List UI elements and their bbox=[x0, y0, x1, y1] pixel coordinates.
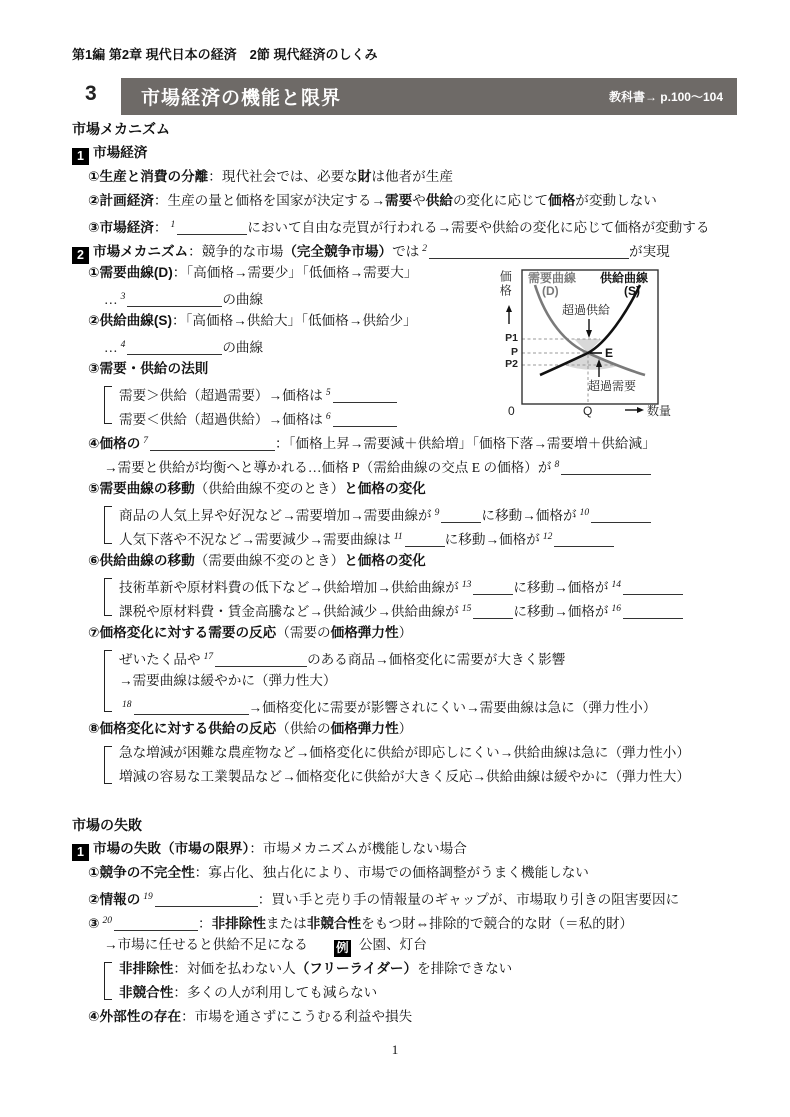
line-inelastic-demand: 18→価格変化に需要が影響されにくい→需要曲線は急に（弾力性小） bbox=[119, 693, 656, 717]
figure-x-axis-label: 数量 bbox=[647, 405, 671, 418]
line-market-economy: ③市場経済：1において自由な売買が行われる→需要や供給の変化に応じて価格が変動す… bbox=[72, 213, 752, 237]
figure-q-label: Q bbox=[583, 405, 592, 418]
line-non-rivalry: 非競合性：多くの人が利用しても減らない bbox=[119, 981, 512, 1005]
line-excess-demand: 需要＞供給（超過需要）→価格は5 bbox=[119, 381, 397, 405]
line-supply-shift: ⑥供給曲線の移動（需要曲線不変のとき）と価格の変化 bbox=[72, 549, 752, 573]
line-supply-increase: 技術革新や原材料費の低下など→供給増加→供給曲線が13に移動→価格が14 bbox=[119, 573, 683, 597]
page-number: 1 bbox=[0, 1042, 790, 1058]
line-information: ②情報の19：買い手と売り手の情報量のギャップが、市場取り引きの阻害要因に bbox=[72, 885, 752, 909]
line-price-function: ④価格の7：「価格上昇→需要減＋供給増」「価格下落→需要増＋供給減」 bbox=[72, 429, 752, 453]
line-public-goods: ③20：非排除性または非競合性をもつ財⇔排除的で競合的な財（＝私的財） bbox=[72, 909, 752, 933]
demand-elasticity-bracket-group: ぜいたく品や17のある商品→価格変化に需要が大きく影響 →需要曲線は緩やかに（弾… bbox=[104, 645, 752, 717]
figure-p1-label: P1 bbox=[490, 333, 518, 345]
section-heading-market-mechanism: 市場メカニズム bbox=[72, 117, 752, 141]
bracket-icon bbox=[104, 386, 112, 424]
line-demand-elasticity: ⑦価格変化に対する需要の反応（需要の価格弾力性） bbox=[72, 621, 752, 645]
supply-demand-diagram: 価格 需要曲線 (D) 供給曲線 (S) 超過供給 超過需要 P1 P P2 E… bbox=[478, 262, 696, 417]
section-heading-market-failure: 市場の失敗 bbox=[72, 813, 752, 837]
lesson-number: 3 bbox=[85, 82, 97, 106]
breadcrumb: 第1編 第2章 現代日本の経済 2節 現代経済のしくみ bbox=[72, 44, 378, 63]
textbook-reference: 教科書→ p.100～104 bbox=[609, 88, 723, 105]
line-planned-economy: ②計画経済：生産の量と価格を国家が決定する→需要や供給の変化に応じて価格が変動し… bbox=[72, 189, 752, 213]
line-luxury-goods: ぜいたく品や17のある商品→価格変化に需要が大きく影響 bbox=[119, 645, 656, 669]
figure-e-label: E bbox=[605, 347, 613, 360]
line-equilibrium: →需要と供給が均衡へと導かれる…価格 P（需給曲線の交点 E の価格）が8 bbox=[72, 453, 752, 477]
line-imperfect-competition: ①競争の不完全性：寡占化、独占化により、市場での価格調整がうまく機能しない bbox=[72, 861, 752, 885]
figure-supply-curve-symbol: (S) bbox=[624, 285, 640, 298]
bracket-icon bbox=[104, 962, 112, 1000]
line-market-failure-marker: 1市場の失敗（市場の限界）：市場メカニズムが機能しない場合 bbox=[72, 837, 752, 861]
figure-y-axis-label: 価格 bbox=[498, 270, 511, 298]
line-farm-products: 急な増減が困難な農産物など→価格変化に供給が即応しにくい→供給曲線は急に（弾力性… bbox=[119, 741, 690, 765]
worksheet-page: 第1編 第2章 現代日本の経済 2節 現代経済のしくみ 3 市場経済の機能と限界… bbox=[0, 0, 790, 1117]
quantity-axis-arrowhead-icon bbox=[637, 407, 644, 413]
line-supply-elasticity: ⑧価格変化に対する供給の反応（供給の価格弾力性） bbox=[72, 717, 752, 741]
line-demand-shift: ⑤需要曲線の移動（供給曲線不変のとき）と価格の変化 bbox=[72, 477, 752, 501]
line-industrial-products: 増減の容易な工業製品など→価格変化に供給が大きく反応→供給曲線は緩やかに（弾力性… bbox=[119, 765, 690, 789]
line-excess-supply: 需要＜供給（超過供給）→価格は6 bbox=[119, 405, 397, 429]
figure-p2-label: P2 bbox=[490, 359, 518, 371]
line-separation: ①生産と消費の分離：現代社会では、必要な財は他者が生産 bbox=[72, 165, 752, 189]
demand-shift-bracket-group: 商品の人気上昇や好況など→需要増加→需要曲線が9に移動→価格が10 人気下落や不… bbox=[104, 501, 752, 549]
bracket-icon bbox=[104, 506, 112, 544]
line-undersupply-example: →市場に任せると供給不足になる例公園、灯台 bbox=[72, 933, 752, 957]
bracket-icon bbox=[104, 650, 112, 712]
bracket-icon bbox=[104, 746, 112, 784]
supply-shift-bracket-group: 技術革新や原材料費の低下など→供給増加→供給曲線が13に移動→価格が14 課税や… bbox=[104, 573, 752, 621]
line-supply-decrease: 課税や原材料費・賃金高騰など→供給減少→供給曲線が15に移動→価格が16 bbox=[119, 597, 683, 621]
line-externalities: ④外部性の存在：市場を通さずにこうむる利益や損失 bbox=[72, 1005, 752, 1029]
line-elastic-demand: →需要曲線は緩やかに（弾力性大） bbox=[119, 669, 656, 693]
page-title: 市場経済の機能と限界 bbox=[141, 83, 341, 110]
section-gap bbox=[72, 789, 752, 813]
line-market-economy-marker: 1市場経済 bbox=[72, 141, 752, 165]
supply-elasticity-bracket-group: 急な増減が困難な農産物など→価格変化に供給が即応しにくい→供給曲線は急に（弾力性… bbox=[104, 741, 752, 789]
document-body: 市場メカニズム 1市場経済 ①生産と消費の分離：現代社会では、必要な財は他者が生… bbox=[72, 117, 752, 1029]
bracket-icon bbox=[104, 578, 112, 616]
price-axis-arrowhead-icon bbox=[506, 305, 512, 312]
line-non-excludability: 非排除性：対価を払わない人（フリーライダー）を排除できない bbox=[119, 957, 512, 981]
figure-excess-supply-label: 超過供給 bbox=[562, 304, 610, 317]
line-mechanism-marker: 2市場メカニズム：競争的な市場（完全競争市場）では2が実現 bbox=[72, 237, 752, 261]
figure-excess-demand-label: 超過需要 bbox=[588, 380, 636, 393]
excess-supply-arrowhead-icon bbox=[586, 330, 592, 338]
line-demand-decrease: 人気下落や不況など→需要減少→需要曲線は11に移動→価格が12 bbox=[119, 525, 651, 549]
public-goods-bracket-group: 非排除性：対価を払わない人（フリーライダー）を排除できない 非競合性：多くの人が… bbox=[104, 957, 752, 1005]
title-band: 市場経済の機能と限界 教科書→ p.100～104 bbox=[121, 78, 737, 115]
figure-p-label: P bbox=[490, 347, 518, 359]
line-demand-increase: 商品の人気上昇や好況など→需要増加→需要曲線が9に移動→価格が10 bbox=[119, 501, 651, 525]
figure-demand-curve-symbol: (D) bbox=[542, 285, 559, 298]
figure-origin-label: 0 bbox=[508, 405, 515, 418]
